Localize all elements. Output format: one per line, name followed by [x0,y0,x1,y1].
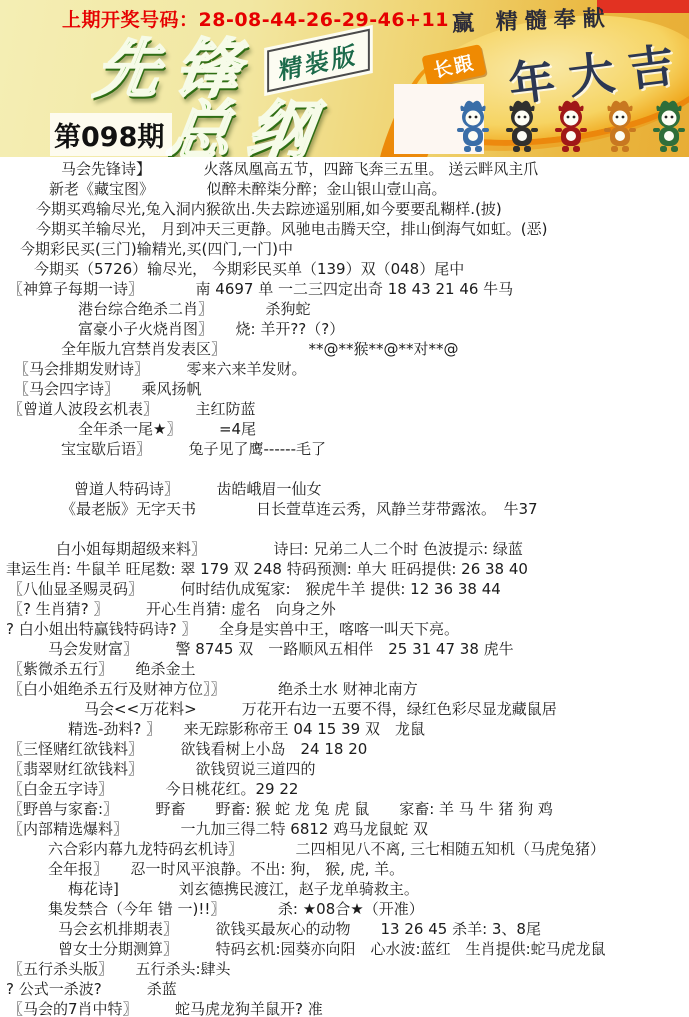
tip-line: 今期买鸡输尽光,兔入洞内猴欲出.失去踪迹遥别厢,如今要要乱糊样.(披) [6,199,689,219]
tip-line: 富豪小子火烧肖图〗 烧: 羊开??（?） [6,319,689,339]
tip-line [6,459,689,479]
tip-line: 曾道人特码诗〗 齿皓峨眉一仙女 [6,479,689,499]
tip-line: 今期买（5726）输尽光， 今期彩民买单（139）双（048）尾中 [6,259,689,279]
tip-line: 马会先锋诗】 火落凤凰高五节，四蹄飞奔三五里。 送云畔风主爪 [6,159,689,179]
header-slogan: 赢 精髓奉献 [452,1,613,38]
tip-line: ? 公式一杀波? 杀蓝 [6,979,689,999]
tip-line: 聿运生肖: 牛鼠羊 旺尾数: 翠 179 双 248 特码预测: 单大 旺码提供… [6,559,689,579]
tip-line: 〖马会排期发财诗〗 零来六来羊发财。 [6,359,689,379]
tip-line: 精选-劲料? 〗 来无踪影称帝王 04 15 39 双 龙鼠 [6,719,689,739]
fuwa-green-mascot-icon [648,97,689,154]
tip-line: 〖五行杀头版〗 五行杀头:肆头 [6,959,689,979]
tip-line: 〖三怪赌红欲钱料〗 欲钱看树上小岛 24 18 20 [6,739,689,759]
tip-line: 六合彩内幕九龙特码玄机诗〗 二四相见八不离, 三七相随五知机（马虎兔猪） [6,839,689,859]
fuwa-blue-mascot-icon [452,97,494,154]
tip-line: 〖八仙显圣赐灵码〗 何时结仇成冤家: 猴虎牛羊 提供: 12 36 38 44 [6,579,689,599]
masthead-title-line2: 总纲 [162,80,335,157]
fuwa-orange-mascot-icon [599,97,641,154]
tip-line: 马会<<万花料> 万花开右边一五要不得，绿红色彩尽显龙藏鼠居 [6,699,689,719]
tip-line: 《最老版》无字天书 日长萱草连云秀，风静兰芽带露浓。 牛37 [6,499,689,519]
tip-line: 〖马会四字诗〗 乘风扬帆 [6,379,689,399]
tip-line: 马会玄机排期表〗 欲钱买最灰心的动物 13 26 45 杀羊: 3、8尾 [6,919,689,939]
tip-line: 宝宝歇后语〗 兔子见了鹰------毛了 [6,439,689,459]
tip-line: 白小姐每期超级来料〗 诗曰: 兄弟二人二个时 色波提示: 绿蓝 [6,539,689,559]
tip-line: 〖神算子每期一诗〗 南 4697 单 一二三四定出奇 18 43 21 46 牛… [6,279,689,299]
fuwa-panda-mascot-icon [501,97,543,154]
pioneer-lottery-tip-sheet: 上期开奖号码：28-08-44-26-29-46+11 赢 精髓奉献 年大吉 长… [0,0,689,1017]
tip-line: 今期买羊输尽光， 月到冲天三更静。风驰电击腾天空，排山倒海气如虹。(恶) [6,219,689,239]
tip-lines: 马会先锋诗】 火落凤凰高五节，四蹄飞奔三五里。 送云畔风主爪新老《藏宝图》 似醉… [0,157,689,1017]
tip-line: 〖翡翠财红欲钱料〗 欲钱贸说三道四的 [6,759,689,779]
tip-line: 曾女士分期测算〗 特码玄机:园葵亦向阳 心水波:蓝红 生肖提供:蛇马虎龙鼠 [6,939,689,959]
header-banner: 上期开奖号码：28-08-44-26-29-46+11 赢 精髓奉献 年大吉 长… [0,0,689,157]
issue-number: 第098期 [50,113,172,156]
tip-line: 新老《藏宝图》 似醉未醉柒分醉；金山银山壹山高。 [6,179,689,199]
fuwa-red-mascot-icon [550,97,592,154]
tip-line: 今期彩民买(三门)输精光,买(四门,一门)中 [6,239,689,259]
tip-line: 集发禁合（今年 错 一)!!〗 杀: ★08合★（开准） [6,899,689,919]
tip-line: 〖白小姐绝杀五行及财神方位〗〗 绝杀土水 财神北南方 [6,679,689,699]
tip-line: 全年杀一尾★〗 =4尾 [6,419,689,439]
tip-line: 〖野兽与家畜:〗 野畜 野畜: 猴 蛇 龙 兔 虎 鼠 家畜: 羊 马 牛 猪 … [6,799,689,819]
tip-line: 〖马会的7肖中特〗 蛇马虎龙狗羊鼠开? 准 [6,999,689,1017]
tip-line: 〖白金五字诗〗 今日桃花红。29 22 [6,779,689,799]
tip-line: 全年版九宫禁肖发表区〗 **@**猴**@**对**@ [6,339,689,359]
tip-line: 全年报〗 忍一时风平浪静。不出: 狗， 猴, 虎, 羊。 [6,859,689,879]
tip-line: ? 白小姐出特赢钱特码诗? 〗 全身是实兽中王，喀喀一叫天下亮。 [6,619,689,639]
mascot-row [452,97,689,154]
tip-line: 梅花诗] 刘玄德携民渡江，赵子龙单骑救主。 [6,879,689,899]
tip-line: 〖内部精选爆料〗 一九加三得二特 6812 鸡马龙鼠蛇 双 [6,819,689,839]
tip-line: 〖紫微杀五行〗 绝杀金土 [6,659,689,679]
tip-line: 港台综合绝杀二肖〗 杀狗蛇 [6,299,689,319]
tip-line: 〖曾道人波段玄机表〗 主红防蓝 [6,399,689,419]
tip-line [6,519,689,539]
tip-line: 马会发财富〗 警 8745 双 一路顺风五相伴 25 31 47 38 虎牛 [6,639,689,659]
tip-line: 〖? 生肖猜? 〗 开心生肖猜: 虚名 向身之外 [6,599,689,619]
